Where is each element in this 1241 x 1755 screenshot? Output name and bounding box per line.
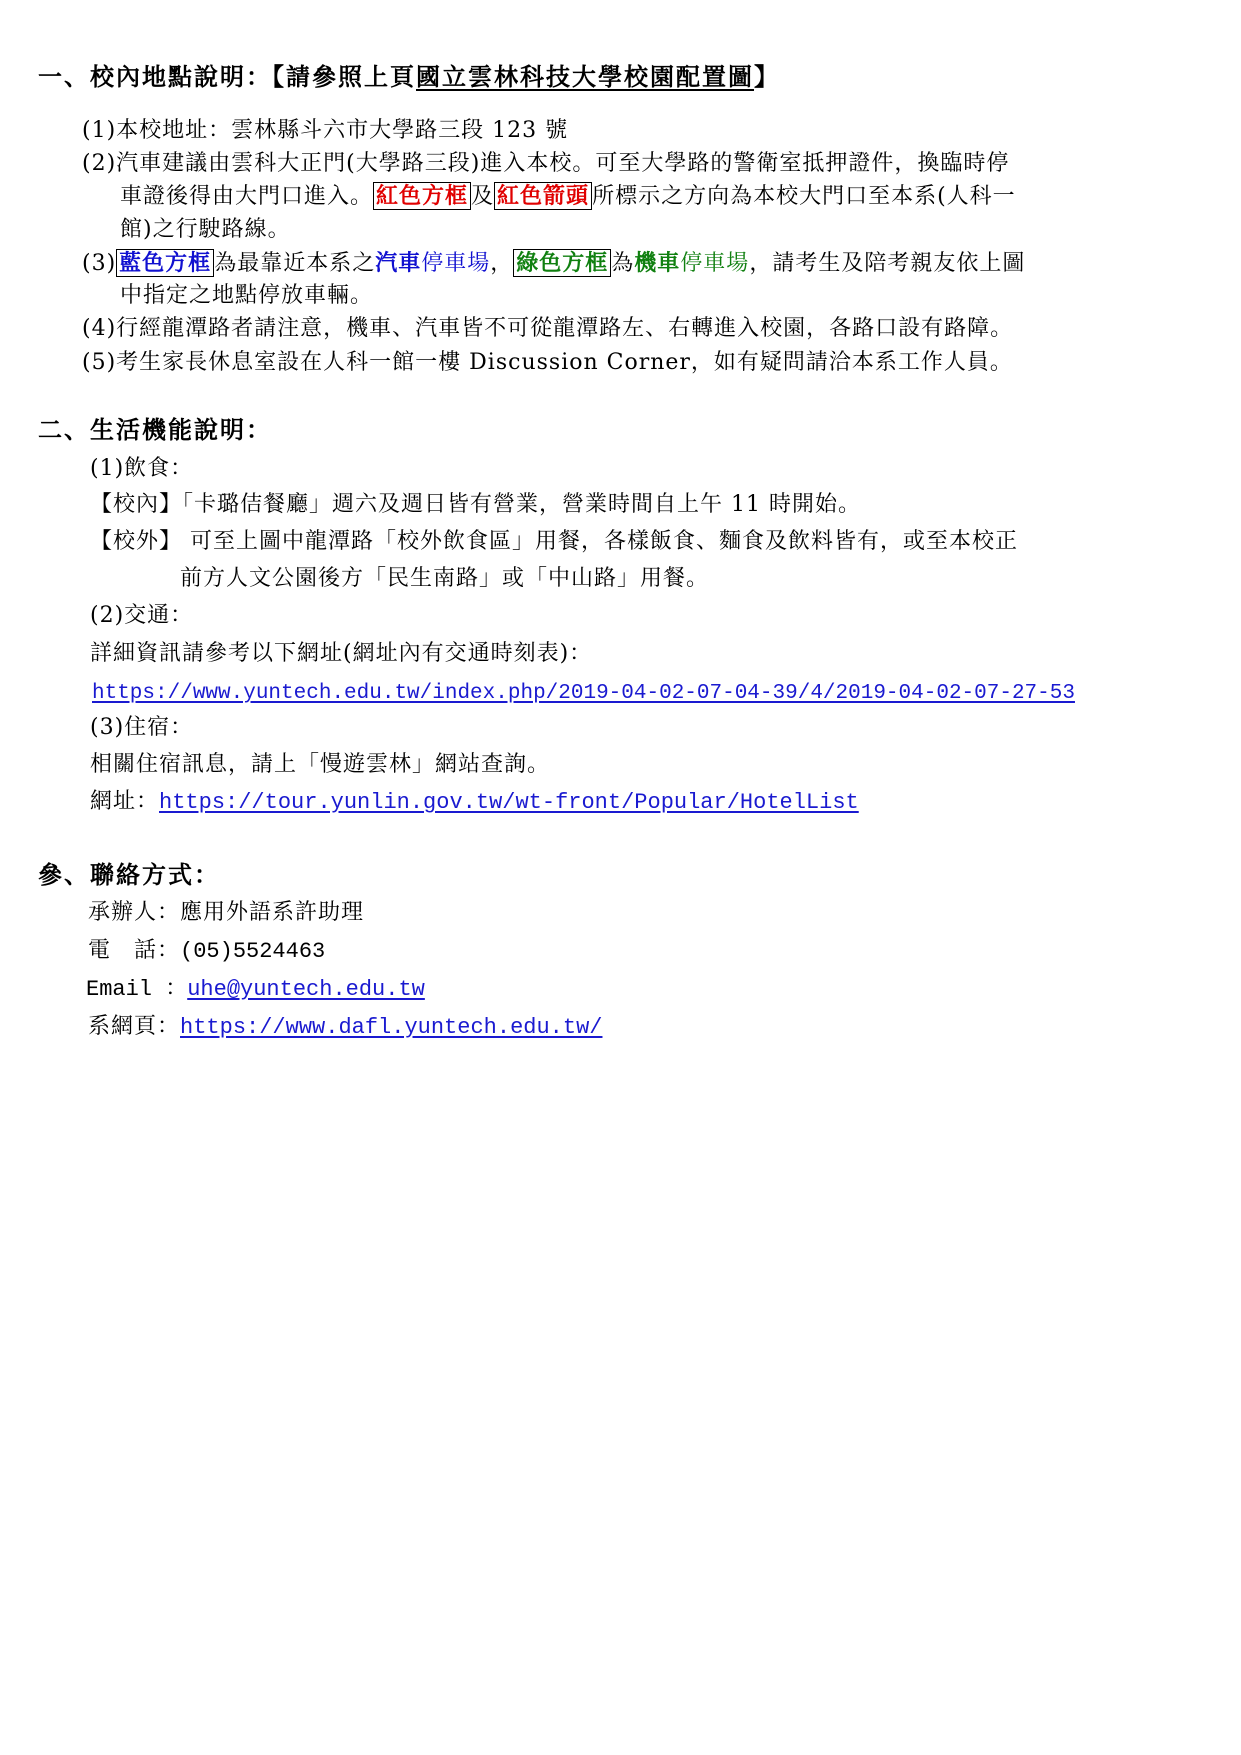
car-text: 汽車	[375, 250, 421, 276]
section3-heading: 參、聯絡方式：	[38, 860, 220, 890]
email-label: Email ：	[86, 977, 187, 1002]
parking-instruction-text: ，請考生及陪考親友依上圖	[749, 251, 1025, 276]
car-entry-item-line3: 館)之行駛路線。	[120, 215, 291, 245]
transport-text: 詳細資訊請參考以下網址(網址內有交通時刻表)：	[90, 639, 592, 669]
car-entry-item-line2: 車證後得由大門口進入。紅色方框及紅色箭頭所標示之方向為本校大門口至本系(人科一	[120, 182, 1016, 212]
on-campus-text: 「卡璐佶餐廳」週六及週日皆有營業，營業時間自上午 11 時開始。	[182, 492, 861, 517]
transport-link-line: https://www.yuntech.edu.tw/index.php/201…	[92, 676, 1075, 709]
section1-heading-bracket-open: 【請參照上頁	[272, 62, 416, 91]
phone-row: 電 話：(05)5524463	[88, 936, 325, 967]
website-row: 系網頁：https://www.dafl.yuntech.edu.tw/	[88, 1012, 602, 1043]
document-page: 一、校內地點說明：【請參照上頁國立雲林科技大學校園配置圖】 (1)本校地址：雲林…	[0, 0, 1241, 1755]
nearest-text: 為最靠近本系之	[214, 251, 375, 276]
car-entry-text: 車證後得由大門口進入。	[120, 184, 373, 209]
green-box-label: 綠色方框	[513, 249, 611, 277]
car-entry-item-line1: (2)汽車建議由雲科大正門(大學路三段)進入本校。可至大學路的警衛室抵押證件，換…	[82, 149, 1009, 179]
off-campus-text: 可至上圖中龍潭路「校外飲食區」用餐，各樣飯食、麵食及飲料皆有，或至本校正	[190, 529, 1018, 554]
is-text: 為	[611, 251, 634, 276]
phone-label: 電 話：	[88, 938, 180, 963]
section1-heading: 一、校內地點說明：【請參照上頁國立雲林科技大學校園配置圖】	[38, 62, 780, 92]
contact-person-row: 承辦人：應用外語系許助理	[88, 898, 364, 928]
route-text: 所標示之方向為本校大門口至本系(人科一	[592, 184, 1016, 209]
contact-person-label: 承辦人：	[88, 900, 180, 925]
blue-box-label: 藍色方框	[116, 249, 214, 277]
parking-item-line1: (3)藍色方框為最靠近本系之汽車停車場，綠色方框為機車停車場，請考生及陪考親友依…	[82, 248, 1025, 279]
red-arrow-label: 紅色箭頭	[494, 182, 592, 210]
lodging-text: 相關住宿訊息，請上「慢遊雲林」網站查詢。	[90, 750, 550, 780]
car-lot-text: 停車場	[421, 251, 490, 276]
address-item: (1)本校地址：雲林縣斗六市大學路三段 123 號	[82, 116, 568, 146]
food-on-campus: 【校內】「卡璐佶餐廳」週六及週日皆有營業，營業時間自上午 11 時開始。	[90, 490, 861, 520]
contact-person-value: 應用外語系許助理	[180, 900, 364, 925]
comma: ，	[490, 251, 513, 276]
section1-heading-prefix: 一、校內地點說明：	[38, 62, 272, 91]
transport-link[interactable]: https://www.yuntech.edu.tw/index.php/201…	[92, 682, 1075, 705]
longtan-road-notice: (4)行經龍潭路者請注意，機車、汽車皆不可從龍潭路左、右轉進入校園，各路口設有路…	[82, 314, 1013, 344]
lodging-title: (3)住宿：	[90, 713, 193, 743]
section1-heading-bracket-close: 】	[754, 62, 780, 91]
campus-map-reference: 國立雲林科技大學校園配置圖	[416, 62, 754, 91]
food-off-campus-line2: 前方人文公園後方「民生南路」或「中山路」用餐。	[180, 564, 709, 594]
phone-value: (05)5524463	[180, 939, 325, 964]
lodging-link-line: 網址：https://tour.yunlin.gov.tw/wt-front/P…	[90, 787, 859, 818]
email-row: Email ：uhe@yuntech.edu.tw	[86, 974, 425, 1005]
on-campus-label: 【校內】	[90, 492, 182, 517]
waiting-room-notice: (5)考生家長休息室設在人科一館一樓 Discussion Corner，如有疑…	[82, 348, 1013, 378]
lodging-link[interactable]: https://tour.yunlin.gov.tw/wt-front/Popu…	[159, 790, 859, 815]
lodging-link-label: 網址：	[90, 789, 159, 814]
off-campus-label: 【校外】	[90, 529, 182, 554]
department-website-link[interactable]: https://www.dafl.yuntech.edu.tw/	[180, 1015, 602, 1040]
email-link[interactable]: uhe@yuntech.edu.tw	[187, 977, 425, 1002]
and-text: 及	[471, 184, 494, 209]
food-title: (1)飲食：	[90, 454, 193, 484]
transport-title: (2)交通：	[90, 601, 193, 631]
food-off-campus-line1: 【校外】 可至上圖中龍潭路「校外飲食區」用餐，各樣飯食、麵食及飲料皆有，或至本校…	[90, 527, 1018, 557]
motorcycle-text: 機車	[634, 250, 680, 276]
motorcycle-lot-text: 停車場	[680, 251, 749, 276]
item3-number: (3)	[82, 251, 116, 276]
red-box-label: 紅色方框	[373, 182, 471, 210]
section2-heading: 二、生活機能說明：	[38, 415, 272, 445]
parking-item-line2: 中指定之地點停放車輛。	[120, 281, 373, 311]
website-label: 系網頁：	[88, 1014, 180, 1039]
